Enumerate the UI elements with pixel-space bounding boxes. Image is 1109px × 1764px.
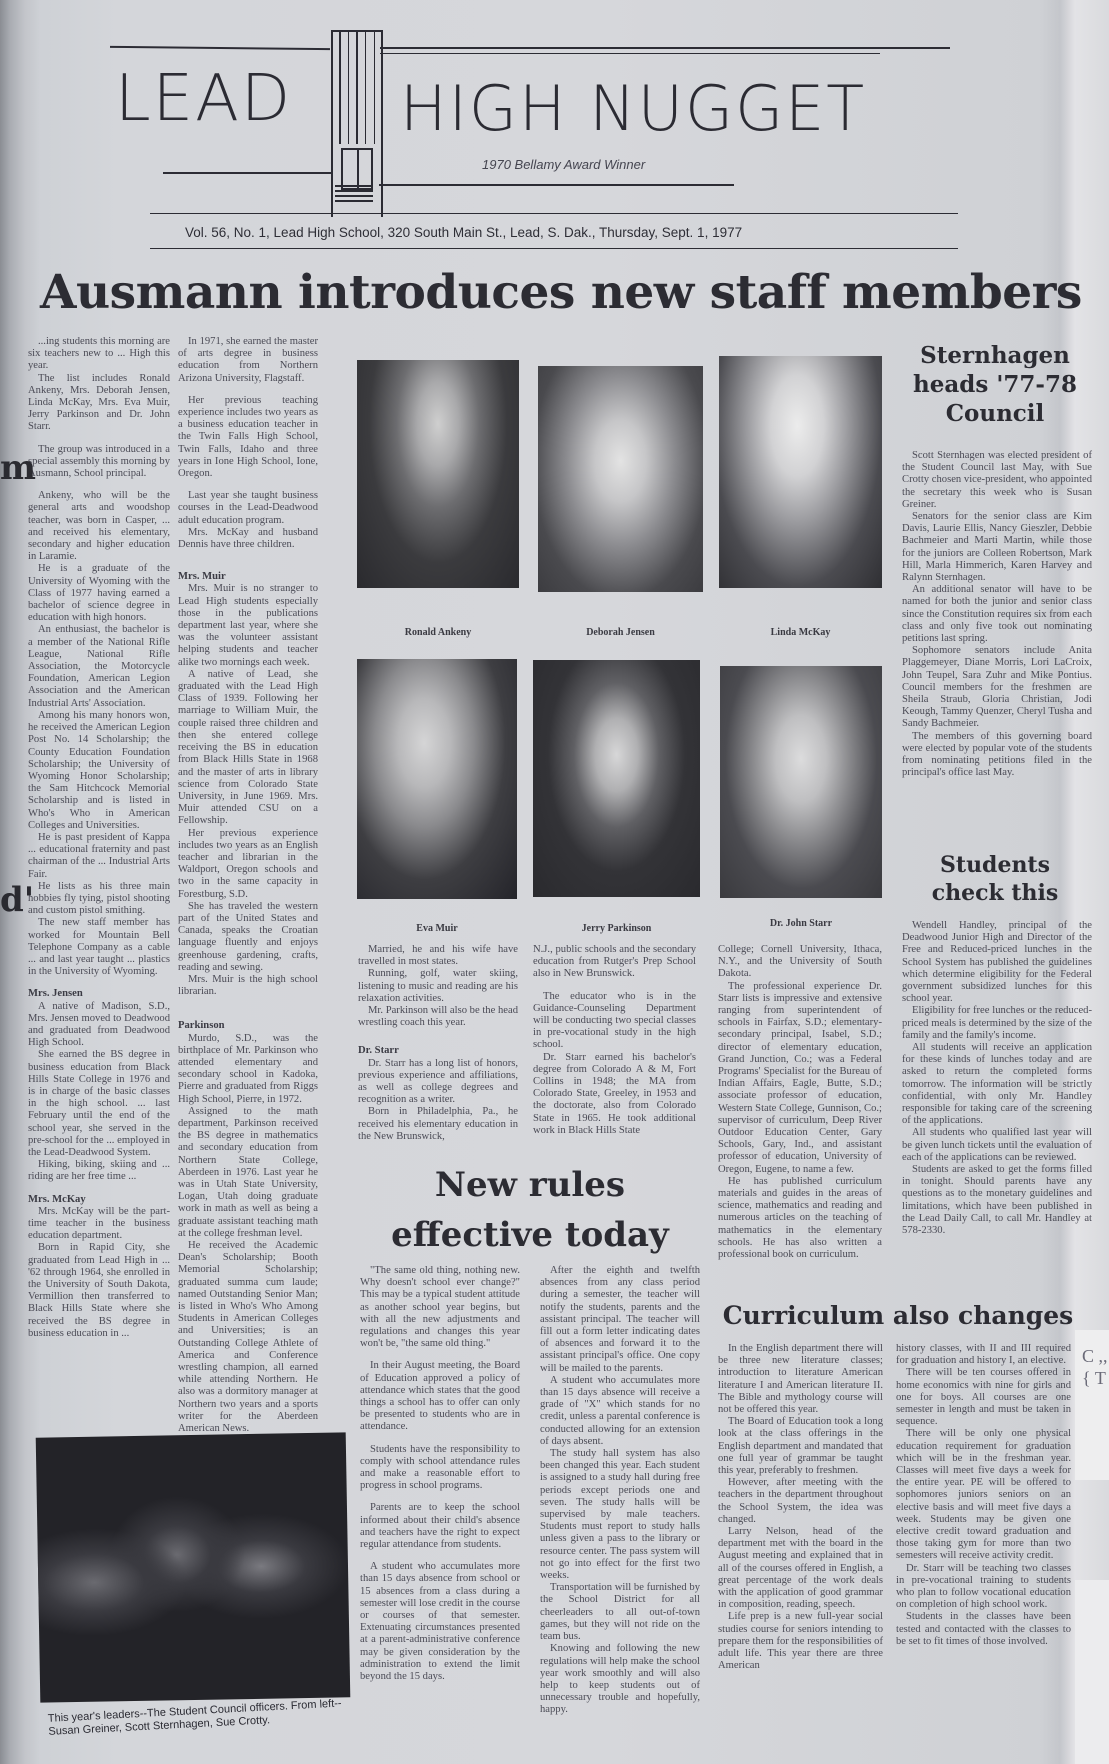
lunch-headline: Students check this (900, 852, 1090, 907)
subhead-mckay: Mrs. McKay (28, 1194, 170, 1206)
paragraph: He is past president of Kappa ... educat… (28, 832, 170, 881)
lead-story-column-1: ...ing students this morning are six tea… (28, 336, 170, 1340)
paragraph: She has traveled the western part of the… (178, 901, 318, 974)
portrait-photo-muir (357, 659, 517, 899)
paragraph: Wendell Handley, principal of the Deadwo… (902, 920, 1092, 1005)
paragraph: Born in Philadelphia, Pa., he received h… (358, 1106, 518, 1143)
dateline: Vol. 56, No. 1, Lead High School, 320 So… (185, 225, 742, 240)
group-photo-caption: This year's leaders--The Student Council… (48, 1697, 349, 1739)
headline-line: Council (900, 400, 1090, 429)
paragraph: Students in the classes have been tested… (896, 1611, 1071, 1648)
subhead-starr: Dr. Starr (358, 1045, 518, 1057)
curriculum-story-column-2: history classes, with II and III require… (896, 1343, 1071, 1648)
paragraph: In 1971, she earned the master of arts d… (178, 336, 318, 385)
portrait-photo-mckay (719, 356, 882, 588)
paragraph: Born in Rapid City, she graduated from L… (28, 1242, 170, 1340)
award-tagline: 1970 Bellamy Award Winner (482, 157, 645, 172)
paragraph: A native of Madison, S.D., Mrs. Jensen m… (28, 1001, 170, 1050)
subhead-muir: Mrs. Muir (178, 571, 318, 583)
paragraph: Life prep is a new full-year social stud… (718, 1611, 883, 1672)
headline-line: Students (900, 852, 1090, 880)
subhead-jensen: Mrs. Jensen (28, 988, 170, 1000)
paragraph: Ankeny, who will be the general arts and… (28, 490, 170, 563)
paragraph: ...ing students this morning are six tea… (28, 336, 170, 373)
paragraph: He lists as his three main hobbies fly t… (28, 881, 170, 918)
portrait-photo-starr (720, 666, 882, 898)
curriculum-story-column-1: In the English department there will be … (718, 1343, 883, 1672)
paragraph: In the English department there will be … (718, 1343, 883, 1416)
photo-caption: Deborah Jensen (538, 627, 703, 638)
paragraph: Mrs. McKay will be the part-time teacher… (28, 1206, 170, 1243)
paragraph: Among his many honors won, he received t… (28, 710, 170, 832)
paragraph: Mr. Parkinson will also be the head wres… (358, 1005, 518, 1029)
photo-caption: Jerry Parkinson (533, 923, 700, 934)
rules-headline: New rules effective today (380, 1160, 680, 1260)
paragraph: Senators for the senior class are Kim Da… (902, 511, 1092, 584)
paragraph: After the eighth and twelfth absences fr… (540, 1265, 700, 1375)
rules-story-column-2: After the eighth and twelfth absences fr… (540, 1265, 700, 1717)
paragraph: Students are asked to get the forms fill… (902, 1164, 1092, 1237)
paragraph: The list includes Ronald Ankeny, Mrs. De… (28, 373, 170, 434)
masthead-rule-top-left (110, 46, 330, 50)
headline-line: Sternhagen (900, 342, 1090, 371)
paragraph: Her previous experience includes two yea… (178, 828, 318, 901)
spine-headline-fragment: d' (0, 880, 34, 920)
headline-line: New rules (380, 1160, 680, 1210)
paragraph: The professional experience Dr. Starr li… (718, 981, 882, 1176)
paragraph: The educator who is in the Guidance-Coun… (533, 991, 696, 1052)
paragraph: The members of this governing board were… (902, 731, 1092, 780)
paragraph: Murdo, S.D., was the birthplace of Mr. P… (178, 1033, 318, 1106)
logo-steps-icon (335, 185, 373, 205)
dateline-rule-top (150, 213, 958, 214)
paragraph: Parents are to keep the school informed … (360, 1502, 520, 1551)
paragraph: Dr. Starr earned his bachelor's degree f… (533, 1052, 696, 1137)
paragraph: Hiking, biking, skiing and ... riding ar… (28, 1159, 170, 1183)
paragraph: He received the Academic Dean's Scholars… (178, 1240, 318, 1435)
spine-headline-fragment: m (0, 448, 36, 488)
curriculum-headline: Curriculum also changes (718, 1300, 1078, 1331)
lead-story-column-2: In 1971, she earned the master of arts d… (178, 336, 318, 1435)
paragraph: Married, he and his wife have travelled … (358, 944, 518, 968)
paragraph: Sophomore senators include Anita Plaggem… (902, 645, 1092, 730)
paragraph: There will be ten courses offered in hom… (896, 1367, 1071, 1428)
paragraph: Eligibility for free lunches or the redu… (902, 1005, 1092, 1042)
headline-line: check this (900, 880, 1090, 908)
lunch-story-body: Wendell Handley, principal of the Deadwo… (902, 920, 1092, 1237)
masthead-rule-top-right-thin (380, 53, 880, 54)
newspaper-page: LEAD HIGH NUGGET 1970 Bellamy Award Winn… (0, 0, 1109, 1764)
paragraph: Last year she taught business courses in… (178, 490, 318, 527)
paragraph: However, after meeting with the teachers… (718, 1477, 883, 1526)
photo-caption: Ronald Ankeny (357, 627, 519, 638)
paragraph: He has published curriculum materials an… (718, 1176, 882, 1261)
paragraph: Assigned to the math department, Parkins… (178, 1106, 318, 1240)
paragraph: All students will receive an application… (902, 1042, 1092, 1127)
paragraph: There will be only one physical educatio… (896, 1428, 1071, 1562)
masthead-title-right: HIGH NUGGET (400, 72, 866, 145)
subhead-parkinson: Parkinson (178, 1020, 318, 1032)
paragraph: A student who accumulates more than 15 d… (360, 1561, 520, 1683)
dateline-rule-bottom (150, 248, 958, 249)
paragraph: Larry Nelson, head of the department met… (718, 1526, 883, 1611)
paragraph: Mrs. Muir is no stranger to Lead High st… (178, 583, 318, 668)
photo-caption: Dr. John Starr (720, 918, 882, 929)
paragraph: Mrs. Muir is the high school librarian. (178, 974, 318, 998)
paragraph: An additional senator will have to be na… (902, 584, 1092, 645)
paragraph: The study hall system has also been chan… (540, 1448, 700, 1582)
paragraph: In their August meeting, the Board of Ed… (360, 1360, 520, 1433)
margin-sticky-note (1075, 1580, 1109, 1764)
paragraph: College; Cornell University, Ithaca, N.Y… (718, 944, 882, 981)
rules-story-column-1: "The same old thing, nothing new. Why do… (360, 1265, 520, 1683)
masthead-title-left: LEAD (115, 62, 292, 136)
masthead-rule-top-right (380, 47, 950, 49)
council-headline: Sternhagen heads '77-78 Council (900, 342, 1090, 428)
headline-line: heads '77-78 (900, 371, 1090, 400)
masthead-rule-bottom-right (379, 184, 734, 186)
paragraph: Knowing and following the new regulation… (540, 1643, 700, 1716)
paragraph: Dr. Starr will be teaching two classes i… (896, 1563, 1071, 1612)
paragraph: Running, golf, water skiing, listening t… (358, 968, 518, 1005)
student-council-group-photo (36, 1432, 351, 1702)
handwritten-margin-note: C ,, { T (1082, 1345, 1109, 1389)
paragraph: The group was introduced in a special as… (28, 444, 170, 481)
lead-story-column-3: Married, he and his wife have travelled … (358, 944, 518, 1143)
council-story-body: Scott Sternhagen was elected president o… (902, 450, 1092, 779)
paragraph: A student who accumulates more than 15 d… (540, 1375, 700, 1448)
paragraph: Students have the responsibility to comp… (360, 1444, 520, 1493)
paragraph: The new staff member has worked for Moun… (28, 917, 170, 978)
paragraph: Dr. Starr has a long list of honors, pre… (358, 1058, 518, 1107)
paragraph: "The same old thing, nothing new. Why do… (360, 1265, 520, 1350)
paragraph: Transportation will be furnished by the … (540, 1582, 700, 1643)
paragraph: A native of Lead, she graduated with the… (178, 669, 318, 828)
photo-caption: Eva Muir (357, 923, 517, 934)
portrait-photo-ankeny (357, 360, 519, 588)
portrait-photo-parkinson (533, 660, 700, 897)
paragraph: All students who qualified last year wil… (902, 1127, 1092, 1164)
paragraph: Mrs. McKay and husband Dennis have three… (178, 527, 318, 551)
lead-headline: Ausmann introduces new staff members (40, 265, 1082, 320)
masthead-rule-bottom-left (163, 172, 333, 174)
headline-line: effective today (380, 1210, 680, 1260)
paragraph: N.J., public schools and the secondary e… (533, 944, 696, 981)
portrait-photo-jensen (538, 366, 703, 592)
paragraph: An enthusiast, the bachelor is a member … (28, 624, 170, 709)
paragraph: She earned the BS degree in business edu… (28, 1049, 170, 1159)
lead-story-column-5: College; Cornell University, Ithaca, N.Y… (718, 944, 882, 1261)
paragraph: Scott Sternhagen was elected president o… (902, 450, 1092, 511)
lead-story-column-4: N.J., public schools and the secondary e… (533, 944, 696, 1137)
photo-caption: Linda McKay (719, 627, 882, 638)
paragraph: The Board of Education took a long look … (718, 1416, 883, 1477)
paragraph: Her previous teaching experience include… (178, 395, 318, 480)
paragraph: history classes, with II and III require… (896, 1343, 1071, 1367)
paragraph: He is a graduate of the University of Wy… (28, 563, 170, 624)
